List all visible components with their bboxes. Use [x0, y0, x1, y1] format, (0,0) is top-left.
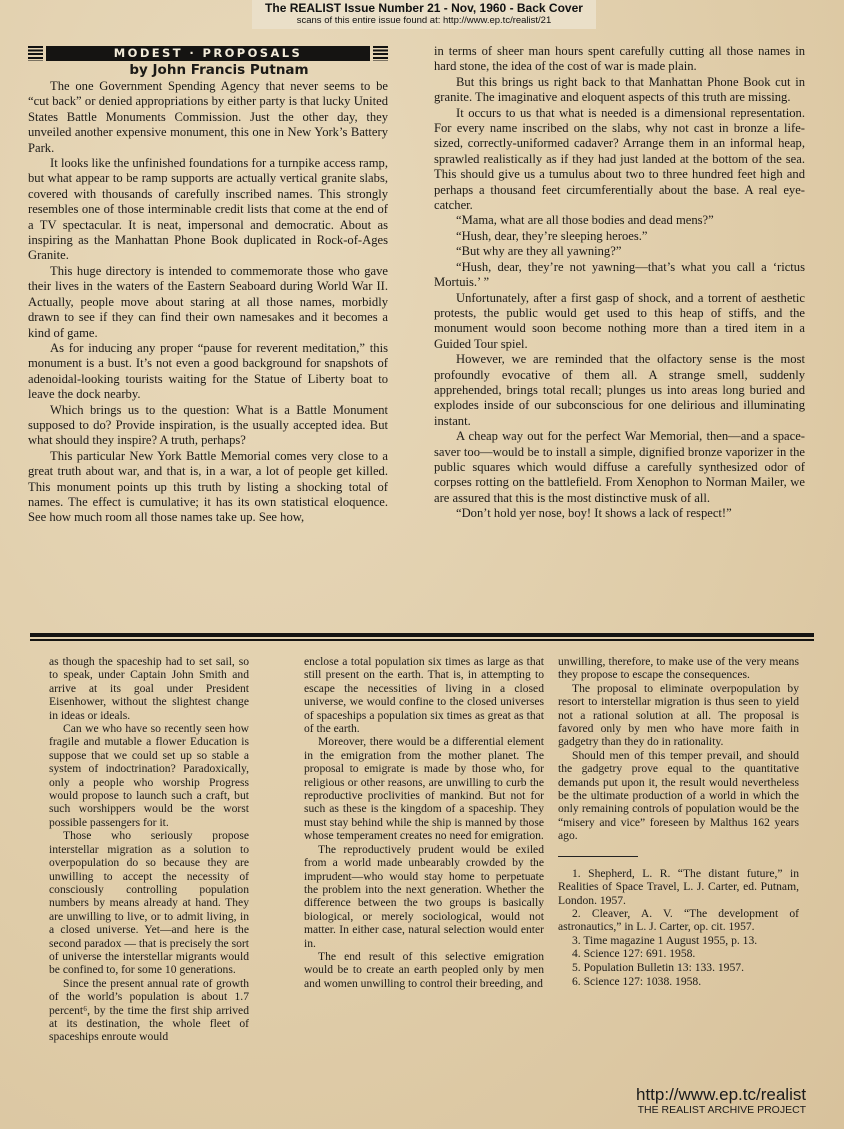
paragraph: However, we are reminded that the olfact… [434, 352, 805, 429]
paragraph: Those who seriously propose interstellar… [49, 829, 249, 976]
paragraph: The reproductively prudent would be exil… [304, 843, 544, 950]
section-title: MODEST · PROPOSALS [46, 46, 370, 61]
paragraph: Moreover, there would be a differential … [304, 735, 544, 842]
paragraph: This huge directory is intended to comme… [28, 264, 388, 341]
paragraph: This particular New York Battle Memorial… [28, 449, 388, 526]
dialogue-line: “Mama, what are all those bodies and dea… [434, 213, 805, 228]
footnote: 2. Cleaver, A. V. “The development of as… [558, 907, 799, 934]
paragraph: It looks like the unfinished foundations… [28, 156, 388, 264]
paragraph: Can we who have so recently seen how fra… [49, 722, 249, 829]
lower-column-2: enclose a total population six times as … [304, 655, 544, 990]
paragraph: But this brings us right back to that Ma… [434, 75, 805, 106]
paragraph: It occurs to us that what is needed is a… [434, 106, 805, 214]
paragraph: Since the present annual rate of growth … [49, 977, 249, 1044]
paragraph: Which brings us to the question: What is… [28, 403, 388, 449]
paragraph: unwilling, therefore, to make use of the… [558, 655, 799, 682]
archive-header: The REALIST Issue Number 21 - Nov, 1960 … [252, 0, 596, 29]
paragraph: The end result of this selective emigrat… [304, 950, 544, 990]
byline: by John Francis Putnam [28, 61, 388, 79]
article-right-column: in terms of sheer man hours spent carefu… [434, 44, 805, 522]
paragraph: Should men of this temper prevail, and s… [558, 749, 799, 843]
section-divider [30, 633, 814, 641]
archive-footer: http://www.ep.tc/realist THE REALIST ARC… [636, 1085, 806, 1116]
paragraph: as though the spaceship had to set sail,… [49, 655, 249, 722]
footnote: 3. Time magazine 1 August 1955, p. 13. [558, 934, 799, 947]
footnote: 5. Population Bulletin 13: 133. 1957. [558, 961, 799, 974]
closing-quote: “Don’t hold yer nose, boy! It shows a la… [434, 506, 805, 521]
article-left-column: MODEST · PROPOSALS by John Francis Putna… [28, 37, 388, 526]
archive-title: The REALIST Issue Number 21 - Nov, 1960 … [252, 2, 596, 15]
paragraph: The one Government Spending Agency that … [28, 79, 388, 156]
paragraph: enclose a total population six times as … [304, 655, 544, 735]
banner-stripes-right-icon [373, 46, 388, 61]
paragraph: in terms of sheer man hours spent carefu… [434, 44, 805, 75]
paragraph: As for inducing any proper “pause for re… [28, 341, 388, 403]
footnote: 6. Science 127: 1038. 1958. [558, 975, 799, 988]
paragraph: Unfortunately, after a first gasp of sho… [434, 291, 805, 353]
banner-stripes-left-icon [28, 46, 43, 61]
paragraph: The proposal to eliminate overpopulation… [558, 682, 799, 749]
dialogue-line: “Hush, dear, they’re not yawning—that’s … [434, 260, 805, 291]
footnote: 1. Shepherd, L. R. “The distant future,”… [558, 867, 799, 907]
lower-column-1: as though the spaceship had to set sail,… [49, 655, 249, 1044]
archive-url-link[interactable]: http://www.ep.tc/realist [636, 1085, 806, 1104]
archive-project-label: THE REALIST ARCHIVE PROJECT [636, 1104, 806, 1116]
lower-column-3: unwilling, therefore, to make use of the… [558, 655, 799, 988]
footnote: 4. Science 127: 691. 1958. [558, 947, 799, 960]
section-banner: MODEST · PROPOSALS [28, 46, 388, 61]
paragraph: A cheap way out for the perfect War Memo… [434, 429, 805, 506]
dialogue-line: “But why are they all yawning?” [434, 244, 805, 259]
dialogue-line: “Hush, dear, they’re sleeping heroes.” [434, 229, 805, 244]
footnote-rule [558, 856, 638, 857]
archive-source-link[interactable]: scans of this entire issue found at: htt… [252, 15, 596, 26]
